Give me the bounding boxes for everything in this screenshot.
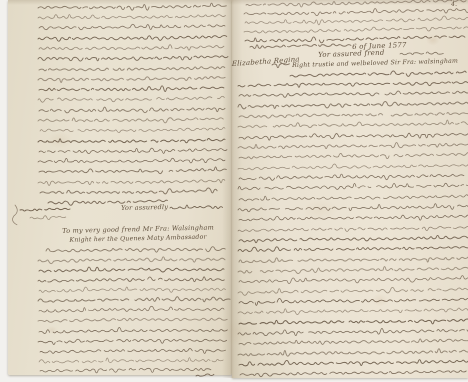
folio-mark: 4. (451, 1, 457, 8)
paper-stains (0, 0, 468, 382)
left-letter-signature-prefix: Yor assuredly (121, 203, 168, 212)
manuscript-photo: 4. Yor assuredly To my very good frend M… (0, 0, 468, 382)
